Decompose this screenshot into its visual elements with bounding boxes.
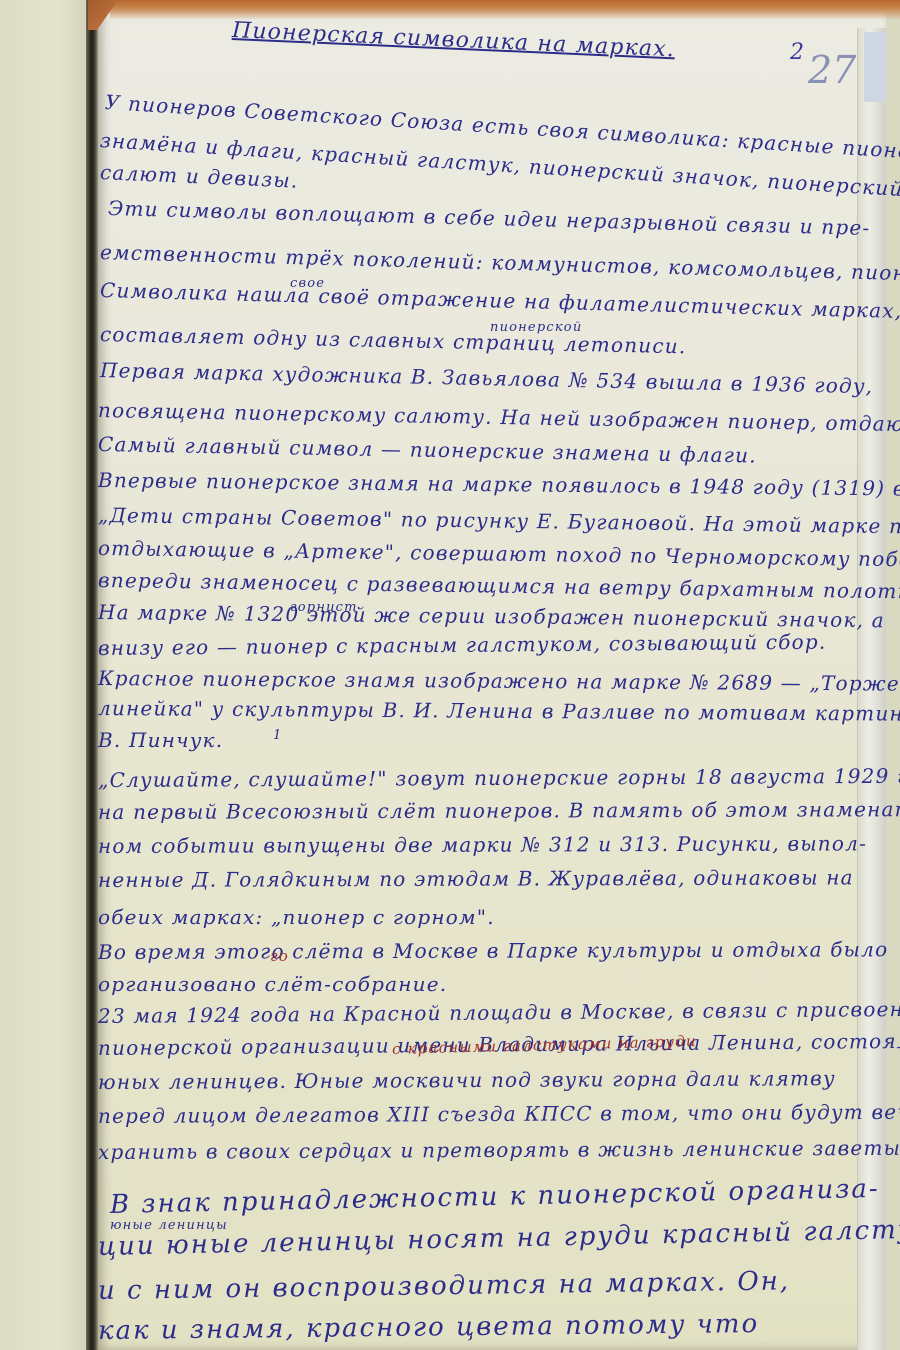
- handwritten-line: хранить в своих сердцах и претворять в ж…: [98, 1136, 900, 1164]
- insertion-above-line: юные ленинцы: [110, 1218, 228, 1233]
- insertion-above-line: горнист: [290, 600, 358, 615]
- insertion-above-line: 1: [273, 728, 282, 743]
- facing-page: [0, 0, 94, 1350]
- handwritten-line: юных ленинцев. Юные москвичи под звуки г…: [98, 1066, 836, 1094]
- insertion-above-line: пионерской: [490, 320, 582, 335]
- notebook-spine: [86, 0, 98, 1350]
- page-number-small: 2: [790, 40, 804, 65]
- handwritten-line: обеих марках: „пионер с горном".: [98, 905, 495, 929]
- handwritten-line: организовано слёт-собрание.: [98, 972, 447, 996]
- handwritten-line: Во время этого слёта в Москве в Парке ку…: [98, 937, 888, 964]
- corner-tab: [864, 32, 886, 102]
- top-edge: [110, 0, 900, 20]
- handwritten-line: В. Пинчук.: [98, 728, 223, 752]
- insertion-correction-red: го: [270, 947, 289, 965]
- handwritten-line: „Слушайте, слушайте!" зовут пионерские г…: [98, 764, 900, 792]
- handwritten-line: ненные Д. Голядкиным по этюдам В. Журавл…: [98, 865, 854, 892]
- page-number-large: 27: [808, 48, 856, 92]
- insertion-above-line: свое: [290, 276, 325, 291]
- handwritten-line: перед лицом делегатов XIII съезда КПСС в…: [98, 1100, 900, 1128]
- handwritten-line: на первый Всесоюзный слёт пионеров. В па…: [98, 797, 900, 824]
- handwritten-line: ном событии выпущены две марки № 312 и 3…: [98, 831, 867, 858]
